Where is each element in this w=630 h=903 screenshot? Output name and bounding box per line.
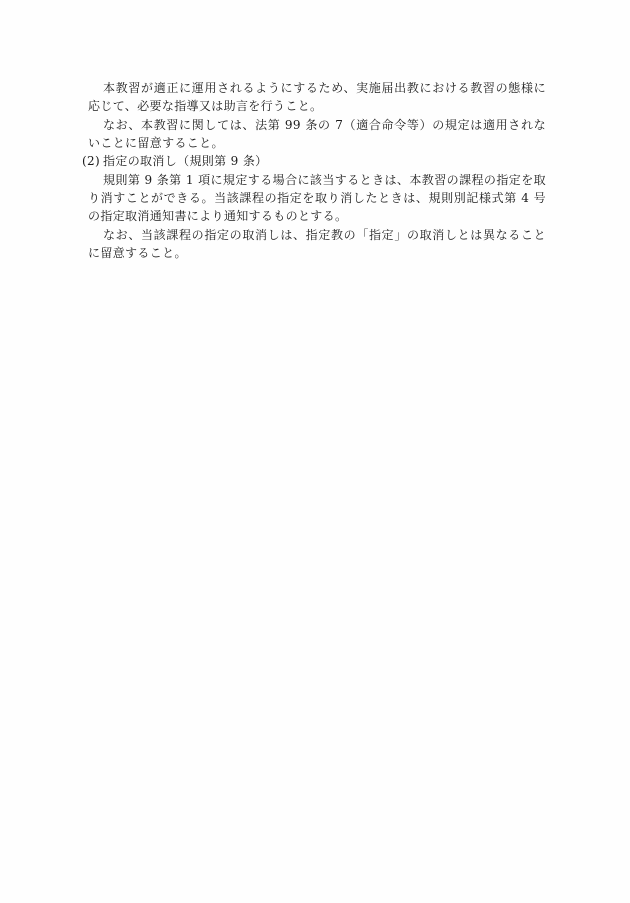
document-page: 本教習が適正に運用されるようにするため、実施届出教における教習の態様に応じて、必… xyxy=(0,0,630,903)
section-heading: (2)指定の取消し（規則第 9 条） xyxy=(82,152,546,170)
paragraph-note-article-99: なお、本教習に関しては、法第 99 条の 7（適合命令等）の規定は適用されないこ… xyxy=(88,116,546,153)
document-body: 本教習が適正に運用されるようにするため、実施届出教における教習の態様に応じて、必… xyxy=(88,79,546,262)
paragraph-guidance: 本教習が適正に運用されるようにするため、実施届出教における教習の態様に応じて、必… xyxy=(88,79,546,116)
section-title: 指定の取消し（規則第 9 条） xyxy=(103,154,268,168)
paragraph-revocation: 規則第 9 条第 1 項に規定する場合に該当するときは、本教習の課程の指定を取り… xyxy=(88,171,546,226)
section-number: (2) xyxy=(82,152,103,170)
paragraph-revocation-note: なお、当該課程の指定の取消しは、指定教の「指定」の取消しとは異なることに留意する… xyxy=(88,226,546,263)
